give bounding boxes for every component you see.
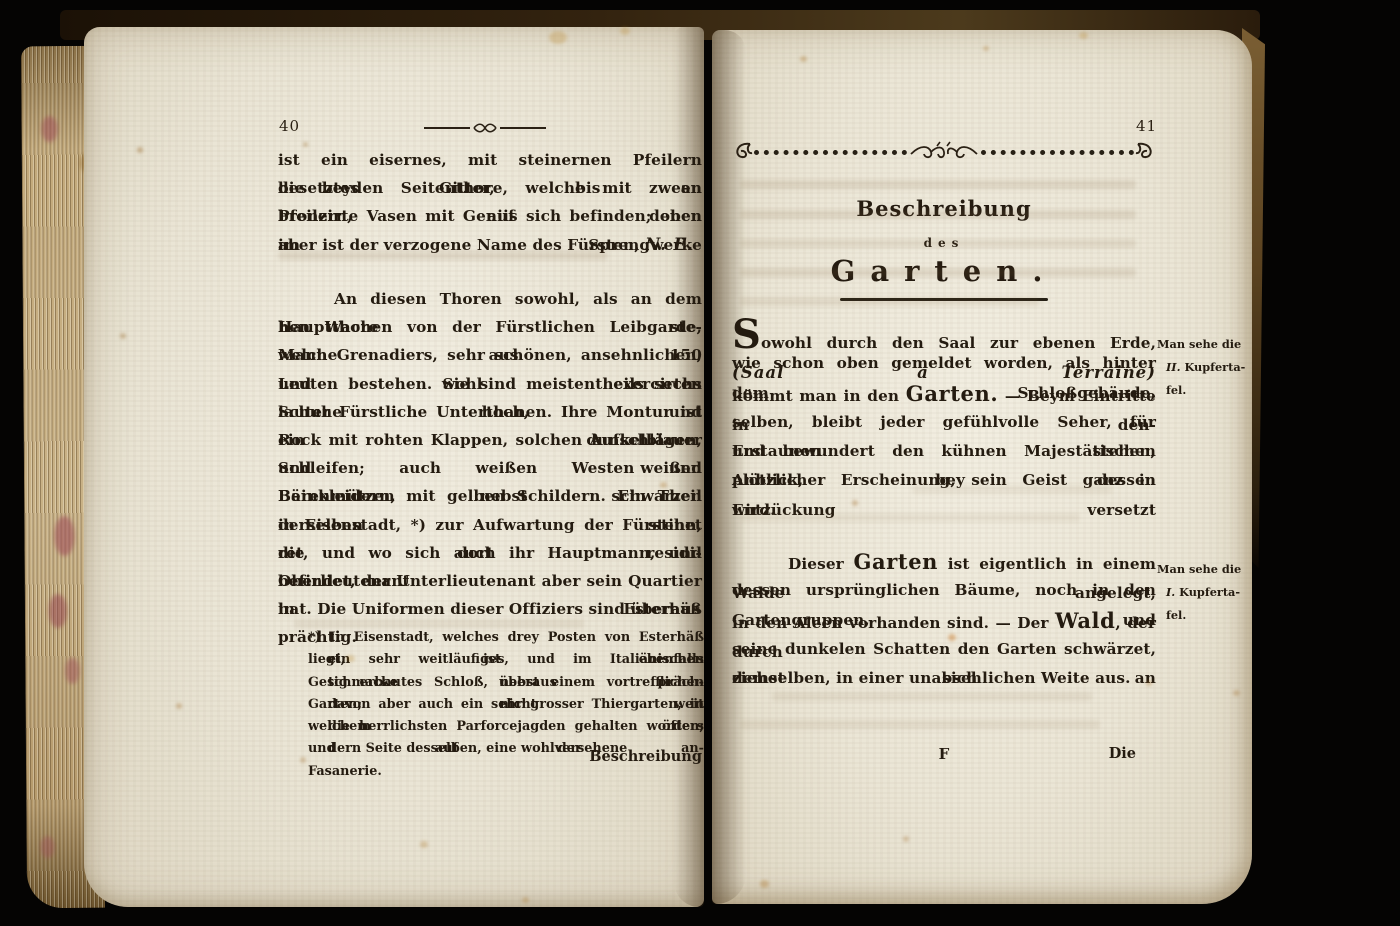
text-line: ein sehr weitläufiges, und im Italiänisc… (308, 649, 704, 671)
stain (800, 56, 807, 62)
text-line: fel. (1157, 604, 1247, 627)
text-line: An diesen Thoren sowohl, als an dem Haup… (278, 285, 702, 313)
left-page: 40 ist ein eisernes, mit steinernen Pfei… (84, 27, 704, 907)
text-line: Man sehe die (1157, 558, 1247, 581)
text-line: tig erbautes Schloß, nebst einem vortref… (308, 672, 704, 694)
ornament-knot-icon (472, 122, 498, 134)
bead-chain (754, 150, 907, 155)
section-heading-line1: Beschreibung (732, 196, 1156, 221)
text-line: Schleifen; auch weißen Westen und Beinkl… (278, 454, 702, 482)
stain (620, 27, 630, 35)
marbled-spot (54, 516, 74, 556)
text-line: dessen ursprünglichen Bäume, noch in den… (732, 576, 1156, 605)
catchword: Die (732, 745, 1136, 762)
text-line: hat. Die Uniformen dieser Offiziers sind… (278, 595, 702, 623)
header-ornament (424, 121, 546, 135)
footnote-block: *) In Eisenstadt, welches drey Posten vo… (308, 627, 704, 761)
text-line: I. Kupferta- (1157, 581, 1247, 604)
text-line: hen Wachen von der Fürstlichen Leibgarde… (278, 313, 702, 341)
ornament-rule (500, 127, 546, 129)
text-line: selben, bleibt jeder gefühlvolle Seher, … (732, 408, 1156, 437)
stain (760, 880, 769, 888)
header-border-ornament (732, 140, 1156, 164)
right-page: 41 Beschreibung des Garten. Sowohl durch… (712, 30, 1252, 904)
text-line: Rock mit rohten Klappen, solchen Aufschl… (278, 426, 702, 454)
catchword: Beschreibung (278, 748, 702, 765)
text-line: in Eisenstadt, *) zur Aufwartung der Für… (278, 511, 702, 539)
text-line: wie schon oben gemeldet worden, als hint… (732, 349, 1156, 378)
paragraph-block: Dieser Garten ist eigentlich in einem Wa… (732, 547, 1156, 693)
page-number: 40 (279, 117, 300, 135)
text-line: II. Kupferta- (1157, 356, 1247, 379)
stain (420, 841, 428, 848)
stain (120, 333, 126, 339)
text-line: ret, und wo sich auch ihr Hauptmann, und… (278, 539, 702, 567)
text-line: plötzlicher Erscheinung, sein Geist ganz… (732, 466, 1156, 495)
stain (983, 46, 989, 51)
text-line: befindet, der Unterlieutenant aber sein … (278, 567, 702, 595)
text-line: davon aber auch ein sehr grosser Thierga… (308, 694, 704, 716)
text-line: seine dunkelen Schatten den Garten schwä… (732, 635, 1156, 664)
stain (176, 703, 182, 709)
paragraph-block: Sowohl durch den Saal zur ebenen Erde, (… (732, 320, 1156, 525)
marbled-spot (65, 658, 79, 684)
text-line: die beyden Seitenthore, welche mit zween… (278, 174, 702, 202)
stain (1079, 32, 1088, 39)
ornament-rule (424, 127, 470, 129)
page-number: 41 (1136, 117, 1157, 135)
section-heading-line2: des (732, 236, 1156, 250)
flourish-right-icon (1134, 140, 1156, 164)
margin-note: Man sehe dieII. Kupferta-fel. (1157, 333, 1247, 402)
flourish-left-icon (732, 140, 754, 164)
text-line: bronzirte Vasen mit Geniis sich befinden… (278, 202, 702, 230)
text-line: aber ist der verzogene Name des Fürsten,… (278, 231, 702, 259)
text-line: Man sehe die (1157, 333, 1247, 356)
text-line: Leuten bestehen. Sie sind meistentheils … (278, 370, 702, 398)
text-line: *) In Eisenstadt, welches drey Posten vo… (308, 627, 704, 649)
text-line: lauter Fürstliche Unterthanen. Ihre Mont… (278, 398, 702, 426)
section-heading-line3: Garten. (732, 254, 1156, 288)
show-through-text (740, 180, 1136, 189)
text-line: kömmt man in den Garten. — Beym Eintritt… (732, 379, 1156, 408)
text-line: ist ein eisernes, mit steinernen Pfeiler… (278, 146, 702, 174)
margin-note: Man sehe dieI. Kupferta-fel. (1157, 558, 1247, 627)
text-line: Dieser Garten ist eigentlich in einem Wa… (732, 547, 1156, 576)
text-line: und bewundert den kühnen Majestätischen … (732, 437, 1156, 466)
text-line: Mann Grenadiers, sehr schönen, ansehnlic… (278, 341, 702, 369)
paragraph-block: An diesen Thoren sowohl, als an dem Haup… (278, 285, 702, 623)
text-line: die herrlichsten Parforcejagden gehalten… (308, 716, 704, 738)
marbled-spot (41, 836, 55, 858)
marbled-spot (41, 116, 57, 142)
text-line: in den Aleen vorhanden sind. — Der Wald,… (732, 606, 1156, 635)
marbled-spot (49, 594, 67, 628)
paragraph-block: ist ein eisernes, mit steinernen Pfeiler… (278, 146, 702, 259)
center-motif-icon (907, 140, 981, 164)
text-line: fel. (1157, 379, 1247, 402)
stain (137, 147, 143, 153)
bead-chain (981, 150, 1134, 155)
show-through-text (740, 720, 1100, 729)
stain (549, 31, 567, 44)
book-scan: 40 ist ein eisernes, mit steinernen Pfei… (0, 0, 1400, 926)
stain (522, 897, 529, 903)
stain (903, 836, 909, 842)
text-line: demselben, in einer unabsehlichen Weite … (732, 664, 1156, 693)
text-line: Bärenmützen mit gelben Schildern. Ein Th… (278, 482, 702, 510)
text-line: Sowohl durch den Saal zur ebenen Erde, (… (732, 320, 1156, 349)
heading-rule (840, 298, 1048, 301)
stain (1233, 690, 1240, 696)
